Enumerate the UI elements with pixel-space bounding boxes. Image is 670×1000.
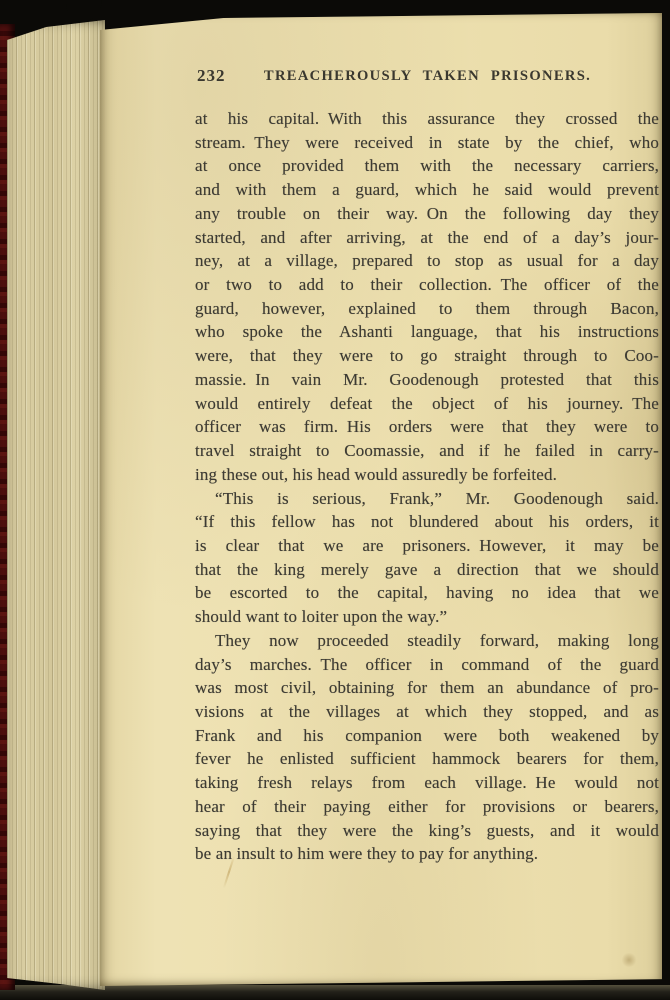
text-line: saying that they were the king’s guests,…	[195, 819, 659, 843]
text-line: Frank and his companion were both weaken…	[195, 724, 659, 748]
text-line: or two to add to their collection. The o…	[195, 273, 659, 297]
text-line: at once provided them with the necessary…	[195, 154, 659, 178]
scanned-book-photo: 232 TREACHEROUSLY TAKEN PRISONERS. at hi…	[0, 0, 670, 1000]
running-header: 232 TREACHEROUSLY TAKEN PRISONERS.	[195, 66, 660, 88]
text-line: were, that they were to go straight thro…	[195, 344, 659, 368]
text-line: at his capital. With this assurance they…	[195, 107, 659, 131]
text-line: stream. They were received in state by t…	[195, 131, 659, 155]
body-text: at his capital. With this assurance they…	[195, 107, 659, 866]
text-line: any trouble on their way. On the followi…	[195, 202, 659, 226]
text-line: ney, at a village, prepared to stop as u…	[195, 249, 659, 273]
text-line: taking fresh relays from each village. H…	[195, 771, 659, 795]
text-line: “If this fellow has not blundered about …	[195, 510, 659, 534]
text-line: massie. In vain Mr. Goodenough protested…	[195, 368, 659, 392]
page-stack-fore-edge	[7, 18, 105, 990]
text-line: travel straight to Coomassie, and if he …	[195, 439, 659, 463]
text-line: ing these out, his head would assuredly …	[195, 463, 659, 487]
text-line: is clear that we are prisoners. However,…	[195, 534, 659, 558]
text-line: day’s marches. The officer in command of…	[195, 653, 659, 677]
paper-blemish-spot	[621, 953, 637, 967]
text-line: and with them a guard, which he said wou…	[195, 178, 659, 202]
text-line: would entirely defeat the object of his …	[195, 392, 659, 416]
text-line: who spoke the Ashanti language, that his…	[195, 320, 659, 344]
text-line: “This is serious, Frank,” Mr. Goodenough…	[195, 487, 659, 511]
text-line: visions at the villages at which they st…	[195, 700, 659, 724]
page-corner-notch	[66, 0, 102, 22]
text-line: should want to loiter upon the way.”	[195, 605, 659, 629]
text-line: fever he enlisted sufficient hammock bea…	[195, 747, 659, 771]
text-line: started, and after arriving, at the end …	[195, 226, 659, 250]
text-line: that the king merely gave a direction th…	[195, 558, 659, 582]
text-line: was most civil, obtaining for them an ab…	[195, 676, 659, 700]
book-page: 232 TREACHEROUSLY TAKEN PRISONERS. at hi…	[100, 10, 662, 986]
text-line: hear of their paying either for provisio…	[195, 795, 659, 819]
text-line: be an insult to him were they to pay for…	[195, 842, 659, 866]
text-line: They now proceeded steadily forward, mak…	[195, 629, 659, 653]
text-line: guard, however, explained to them throug…	[195, 297, 659, 321]
text-line: be escorted to the capital, having no id…	[195, 581, 659, 605]
running-title: TREACHEROUSLY TAKEN PRISONERS.	[195, 68, 660, 85]
text-line: officer was firm. His orders were that t…	[195, 415, 659, 439]
